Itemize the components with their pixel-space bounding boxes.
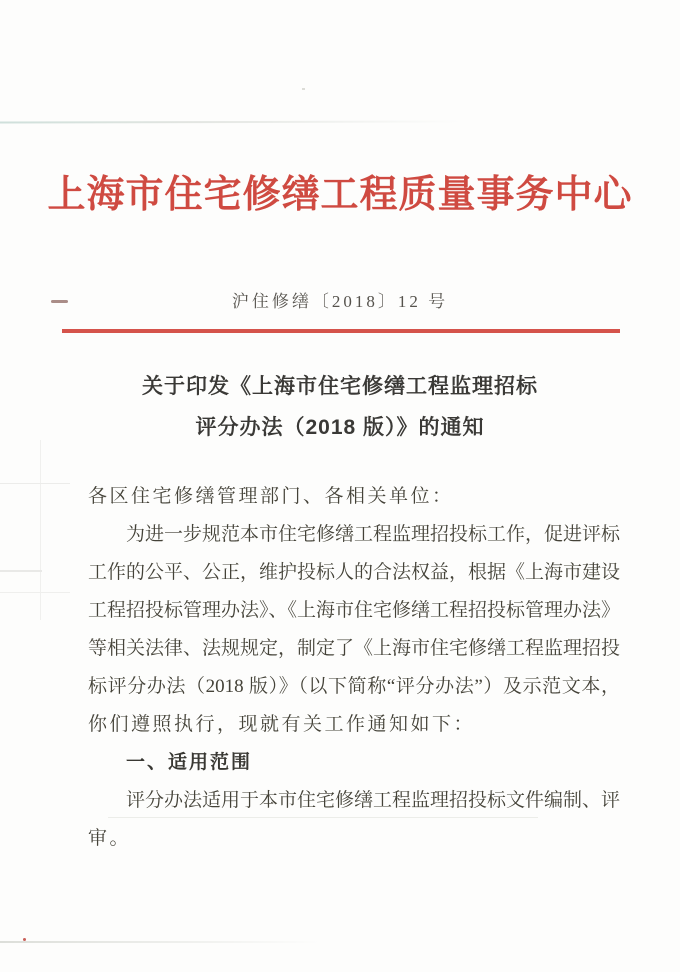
body-line: 为进一步规范本市住宅修缮工程监理招投标工作，促进评标 [88, 516, 620, 554]
scanned-document-page: 上海市住宅修缮工程质量事务中心 沪住修缮〔2018〕12 号 关于印发《上海市住… [0, 0, 680, 972]
scan-artifact-bottom-line [0, 941, 320, 943]
scan-artifact-red-dot [23, 938, 26, 941]
red-divider-line [62, 329, 620, 333]
scan-artifact-left-mark-3 [0, 592, 70, 593]
scan-artifact-left-mark-1 [0, 483, 70, 484]
body-section-heading: 一、适用范围 [88, 744, 620, 782]
body-line: 审。 [88, 820, 620, 858]
body-line-salutation: 各区住宅修缮管理部门、各相关单位： [88, 478, 620, 516]
document-number: 沪住修缮〔2018〕12 号 [0, 287, 680, 312]
document-title: 关于印发《上海市住宅修缮工程监理招标 评分办法（2018 版）》的通知 [0, 366, 680, 448]
document-header-org-title: 上海市住宅修缮工程质量事务中心 [0, 171, 680, 220]
body-line: 工作的公平、公正，维护投标人的合法权益，根据《上海市建设 [88, 554, 620, 592]
document-title-line-2: 评分办法（2018 版）》的通知 [0, 407, 680, 448]
scan-artifact-speck [302, 88, 305, 90]
document-body: 各区住宅修缮管理部门、各相关单位： 为进一步规范本市住宅修缮工程监理招投标工作，… [88, 478, 620, 858]
body-line: 评分办法适用于本市住宅修缮工程监理招投标文件编制、评 [88, 782, 620, 820]
body-line: 标评分办法（2018 版）》（以下简称“评分办法”）及示范文本，请 [88, 668, 620, 706]
scan-artifact-left-edge [40, 440, 41, 620]
body-line: 你们遵照执行，现就有关工作通知如下： [88, 706, 620, 744]
body-line: 工程招投标管理办法》、《上海市住宅修缮工程招投标管理办法》 [88, 592, 620, 630]
scan-artifact-left-mark-2 [0, 570, 42, 572]
scan-artifact-top-line [0, 121, 462, 124]
body-line: 等相关法律、法规规定，制定了《上海市住宅修缮工程监理招投 [88, 630, 620, 668]
document-title-line-1: 关于印发《上海市住宅修缮工程监理招标 [0, 366, 680, 407]
